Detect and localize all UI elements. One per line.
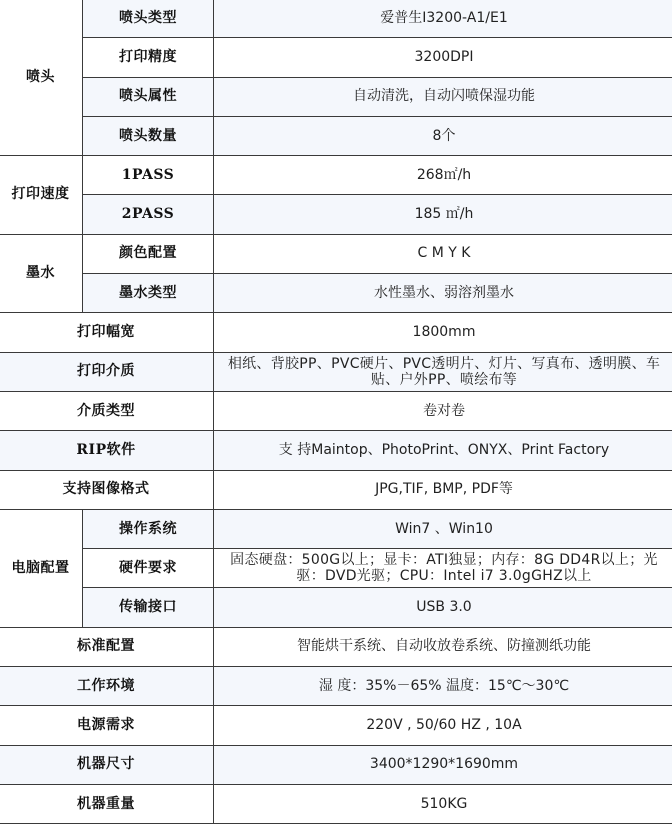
row-label: 打印介质 (0, 352, 214, 391)
row-label: 电源需求 (0, 706, 214, 745)
table-row: 机器重量 510KG (0, 784, 672, 823)
table-row: 打印幅宽 1800mm (0, 313, 672, 352)
row-label: 操作系统 (83, 509, 214, 548)
row-label: 打印幅宽 (0, 313, 214, 352)
table-row: 电脑配置 操作系统 Win7 、Win10 (0, 509, 672, 548)
table-row: 支持图像格式 JPG,TIF, BMP, PDF等 (0, 470, 672, 509)
row-value: JPG,TIF, BMP, PDF等 (214, 470, 672, 509)
row-label: 打印精度 (83, 38, 214, 77)
row-value: 卷对卷 (214, 391, 672, 430)
group-label-computer: 电脑配置 (0, 509, 83, 627)
table-row: 墨水类型 水性墨水、弱溶剂墨水 (0, 274, 672, 313)
table-row: 机器尺寸 3400*1290*1690mm (0, 745, 672, 784)
row-label: 喷头类型 (83, 0, 214, 38)
row-value: Win7 、Win10 (214, 509, 672, 548)
row-label: 硬件要求 (83, 549, 214, 588)
row-label: 喷头属性 (83, 77, 214, 116)
row-label: 喷头数量 (83, 116, 214, 155)
row-value: 爱普生I3200-A1/E1 (214, 0, 672, 38)
row-label: 支持图像格式 (0, 470, 214, 509)
row-label: 墨水类型 (83, 274, 214, 313)
table-row: 喷头 喷头类型 爱普生I3200-A1/E1 (0, 0, 672, 38)
row-value: 智能烘干系统、自动收放卷系统、防撞测纸功能 (214, 627, 672, 666)
row-value: 8个 (214, 116, 672, 155)
row-label: 1PASS (83, 156, 214, 195)
row-value: 1800mm (214, 313, 672, 352)
group-label-ink: 墨水 (0, 234, 83, 313)
row-value: 3200DPI (214, 38, 672, 77)
group-label-nozzle: 喷头 (0, 0, 83, 156)
row-value: 3400*1290*1690mm (214, 745, 672, 784)
table-row: 打印介质 相纸、背胶PP、PVC硬片、PVC透明片、灯片、写真布、透明膜、车贴、… (0, 352, 672, 391)
row-value: 自动清洗，自动闪喷保湿功能 (214, 77, 672, 116)
table-row: 墨水 颜色配置 C M Y K (0, 234, 672, 273)
table-row: 喷头属性 自动清洗，自动闪喷保湿功能 (0, 77, 672, 116)
row-value: 220V , 50/60 HZ , 10A (214, 706, 672, 745)
row-value: USB 3.0 (214, 588, 672, 627)
row-value: 支 持Maintop、PhotoPrint、ONYX、Print Factory (214, 431, 672, 470)
row-value: 185 ㎡/h (214, 195, 672, 234)
table-row: 打印精度 3200DPI (0, 38, 672, 77)
table-row: 标准配置 智能烘干系统、自动收放卷系统、防撞测纸功能 (0, 627, 672, 666)
table-row: 喷头数量 8个 (0, 116, 672, 155)
row-label: 工作环境 (0, 667, 214, 706)
table-row: 打印速度 1PASS 268㎡/h (0, 156, 672, 195)
row-label: 机器尺寸 (0, 745, 214, 784)
row-label: RIP软件 (0, 431, 214, 470)
row-value: 湿 度：35%－65% 温度：15℃～30℃ (214, 667, 672, 706)
row-label: 介质类型 (0, 391, 214, 430)
table-row: 硬件要求 固态硬盘：500G以上；显卡：ATI独显；内存：8G DD4R以上；光… (0, 549, 672, 588)
row-value: 510KG (214, 784, 672, 823)
row-value: 268㎡/h (214, 156, 672, 195)
row-value: 固态硬盘：500G以上；显卡：ATI独显；内存：8G DD4R以上；光驱：DVD… (214, 549, 672, 588)
row-label: 传输接口 (83, 588, 214, 627)
table-row: 介质类型 卷对卷 (0, 391, 672, 430)
row-value: 水性墨水、弱溶剂墨水 (214, 274, 672, 313)
table-row: 2PASS 185 ㎡/h (0, 195, 672, 234)
table-row: 工作环境 湿 度：35%－65% 温度：15℃～30℃ (0, 667, 672, 706)
row-value: C M Y K (214, 234, 672, 273)
row-label: 机器重量 (0, 784, 214, 823)
group-label-print-speed: 打印速度 (0, 156, 83, 235)
row-label: 标准配置 (0, 627, 214, 666)
row-value: 相纸、背胶PP、PVC硬片、PVC透明片、灯片、写真布、透明膜、车贴、户外PP、… (214, 352, 672, 391)
table-row: 电源需求 220V , 50/60 HZ , 10A (0, 706, 672, 745)
row-label: 颜色配置 (83, 234, 214, 273)
spec-table: 喷头 喷头类型 爱普生I3200-A1/E1 打印精度 3200DPI 喷头属性… (0, 0, 672, 824)
row-label: 2PASS (83, 195, 214, 234)
table-row: RIP软件 支 持Maintop、PhotoPrint、ONYX、Print F… (0, 431, 672, 470)
table-row: 传输接口 USB 3.0 (0, 588, 672, 627)
